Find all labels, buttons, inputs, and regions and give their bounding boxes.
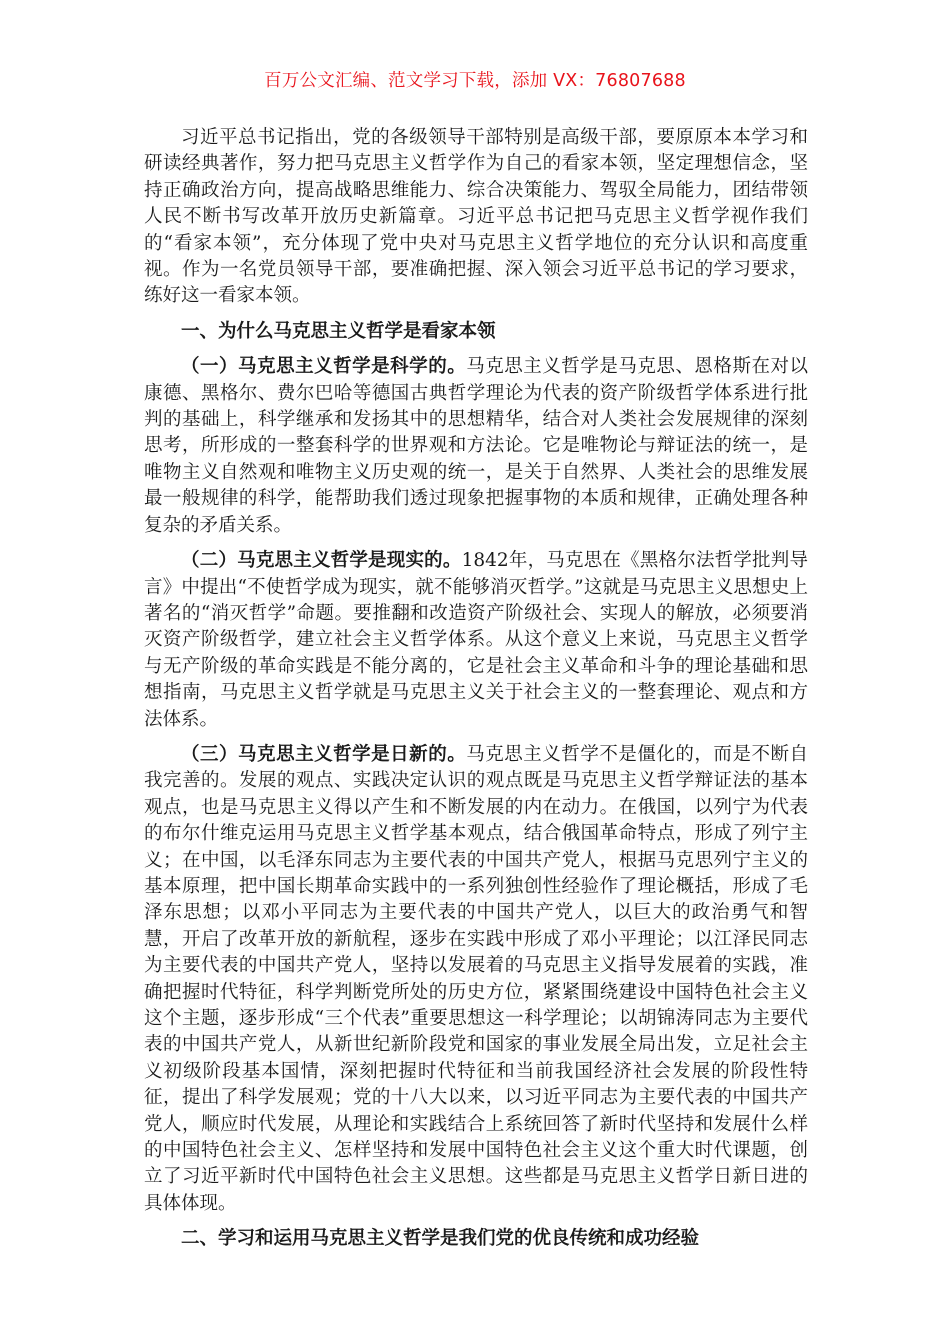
point-lead-2: （二）马克思主义哲学是现实的。 [181,550,462,571]
point-lead-1: （一）马克思主义哲学是科学的。 [181,356,466,377]
section-heading-2: 二、学习和运用马克思主义哲学是我们党的优良传统和成功经验 [144,1226,808,1252]
point-paragraph-2: （二）马克思主义哲学是现实的。1842年，马克思在《黑格尔法哲学批判导言》中提出… [144,548,808,733]
point-lead-3: （三）马克思主义哲学是日新的。 [181,744,466,765]
point-paragraph-3: （三）马克思主义哲学是日新的。马克思主义哲学不是僵化的，而是不断自我完善的。发展… [144,742,808,1217]
document-page: 百万公文汇编、范文学习下载，添加 VX：76807688 习近平总书记指出，党的… [0,0,950,1344]
point-text-2: 1842年，马克思在《黑格尔法哲学批判导言》中提出“不使哲学成为现实，就不能够消… [144,550,808,729]
point-text-3: 马克思主义哲学不是僵化的，而是不断自我完善的。发展的观点、实践决定认识的观点既是… [144,744,808,1214]
point-paragraph-1: （一）马克思主义哲学是科学的。马克思主义哲学是马克思、恩格斯在对以康德、黑格尔、… [144,354,808,539]
section-heading-1: 一、为什么马克思主义哲学是看家本领 [144,319,808,345]
document-body: 习近平总书记指出，党的各级领导干部特别是高级干部，要原原本本学习和研读经典著作，… [144,125,808,1262]
intro-paragraph: 习近平总书记指出，党的各级领导干部特别是高级干部，要原原本本学习和研读经典著作，… [144,125,808,310]
header-banner: 百万公文汇编、范文学习下载，添加 VX：76807688 [0,66,950,96]
point-text-1: 马克思主义哲学是马克思、恩格斯在对以康德、黑格尔、费尔巴哈等德国古典哲学理论为代… [144,356,808,535]
